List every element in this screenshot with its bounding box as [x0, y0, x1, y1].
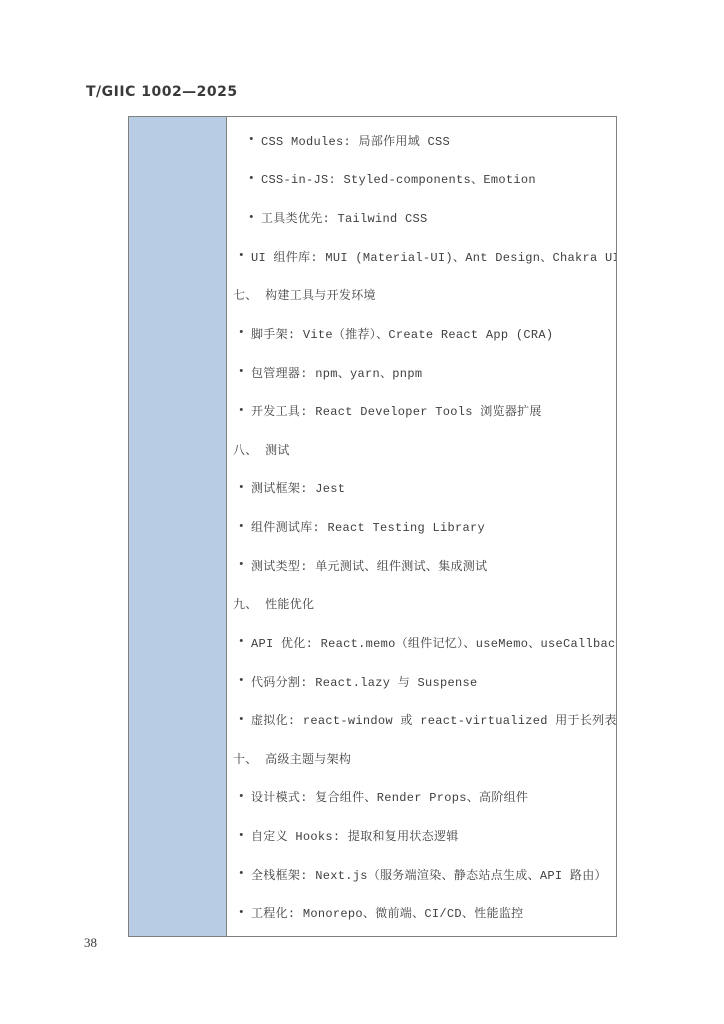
bullet-icon: •	[238, 327, 251, 339]
row-text: 七、 构建工具与开发环境	[233, 286, 376, 303]
page-number: 38	[84, 935, 97, 951]
row-text: 全栈框架: Next.js（服务端渲染、静态站点生成、API 路由）	[251, 866, 607, 883]
table-row: •测试框架: Jest	[227, 469, 612, 508]
table-row: •CSS Modules: 局部作用域 CSS	[227, 121, 612, 160]
bullet-icon: •	[238, 714, 251, 726]
category-cell	[129, 117, 227, 936]
bullet-icon: •	[248, 134, 261, 146]
section-heading: 十、 高级主题与架构	[227, 739, 612, 778]
table-row: •工程化: Monorepo、微前端、CI/CD、性能监控	[227, 894, 612, 933]
bullet-icon: •	[238, 791, 251, 803]
row-text: CSS-in-JS: Styled-components、Emotion	[261, 170, 536, 187]
row-text: 代码分割: React.lazy 与 Suspense	[251, 673, 478, 690]
table-row: •脚手架: Vite（推荐）、Create React App (CRA)	[227, 314, 612, 353]
row-text: 八、 测试	[233, 441, 290, 458]
bullet-icon: •	[238, 559, 251, 571]
table-row: •CSS-in-JS: Styled-components、Emotion	[227, 160, 612, 199]
row-text: 组件测试库: React Testing Library	[251, 518, 485, 535]
row-text: UI 组件库: MUI (Material-UI)、Ant Design、Cha…	[251, 248, 616, 265]
row-text: 包管理器: npm、yarn、pnpm	[251, 364, 422, 381]
table-row: •开发工具: React Developer Tools 浏览器扩展	[227, 391, 612, 430]
row-text: 工具类优先: Tailwind CSS	[261, 209, 428, 226]
row-text: 十、 高级主题与架构	[233, 750, 351, 767]
bullet-icon: •	[238, 405, 251, 417]
row-text: 工程化: Monorepo、微前端、CI/CD、性能监控	[251, 904, 523, 921]
table-row: •组件测试库: React Testing Library	[227, 507, 612, 546]
table-row: •包管理器: npm、yarn、pnpm	[227, 353, 612, 392]
bullet-icon: •	[238, 830, 251, 842]
table-rows: •CSS Modules: 局部作用域 CSS•CSS-in-JS: Style…	[227, 117, 616, 936]
table-row: •自定义 Hooks: 提取和复用状态逻辑	[227, 816, 612, 855]
table-row: •全栈框架: Next.js（服务端渲染、静态站点生成、API 路由）	[227, 855, 612, 894]
table-row: •设计模式: 复合组件、Render Props、高阶组件	[227, 778, 612, 817]
row-text: 虚拟化: react-window 或 react-virtualized 用于…	[251, 711, 616, 728]
bullet-icon: •	[238, 868, 251, 880]
bullet-icon: •	[238, 366, 251, 378]
row-text: API 优化: React.memo（组件记忆）、useMemo、useCall…	[251, 634, 616, 651]
table-row: •工具类优先: Tailwind CSS	[227, 198, 612, 237]
row-text: 开发工具: React Developer Tools 浏览器扩展	[251, 402, 542, 419]
bullet-icon: •	[248, 173, 261, 185]
table-row: •测试类型: 单元测试、组件测试、集成测试	[227, 546, 612, 585]
row-text: 测试类型: 单元测试、组件测试、集成测试	[251, 557, 487, 574]
bullet-icon: •	[238, 250, 251, 262]
section-heading: 八、 测试	[227, 430, 612, 469]
bullet-icon: •	[238, 675, 251, 687]
bullet-icon: •	[238, 521, 251, 533]
bullet-icon: •	[248, 212, 261, 224]
row-text: 设计模式: 复合组件、Render Props、高阶组件	[251, 788, 528, 805]
row-text: CSS Modules: 局部作用域 CSS	[261, 132, 450, 149]
table-row: •UI 组件库: MUI (Material-UI)、Ant Design、Ch…	[227, 237, 612, 276]
row-text: 九、 性能优化	[233, 595, 314, 612]
document-header: T/GIIC 1002—2025	[86, 84, 238, 100]
section-heading: 七、 构建工具与开发环境	[227, 276, 612, 315]
document-page: T/GIIC 1002—2025 •CSS Modules: 局部作用域 CSS…	[0, 0, 724, 1024]
table-row: •API 优化: React.memo（组件记忆）、useMemo、useCal…	[227, 623, 612, 662]
table-row: •代码分割: React.lazy 与 Suspense	[227, 662, 612, 701]
bullet-icon: •	[238, 907, 251, 919]
bullet-icon: •	[238, 636, 251, 648]
row-text: 自定义 Hooks: 提取和复用状态逻辑	[251, 827, 459, 844]
table-row: •虚拟化: react-window 或 react-virtualized 用…	[227, 700, 612, 739]
row-text: 测试框架: Jest	[251, 479, 345, 496]
section-heading: 九、 性能优化	[227, 585, 612, 624]
content-table: •CSS Modules: 局部作用域 CSS•CSS-in-JS: Style…	[128, 116, 617, 937]
bullet-icon: •	[238, 482, 251, 494]
row-text: 脚手架: Vite（推荐）、Create React App (CRA)	[251, 325, 553, 342]
